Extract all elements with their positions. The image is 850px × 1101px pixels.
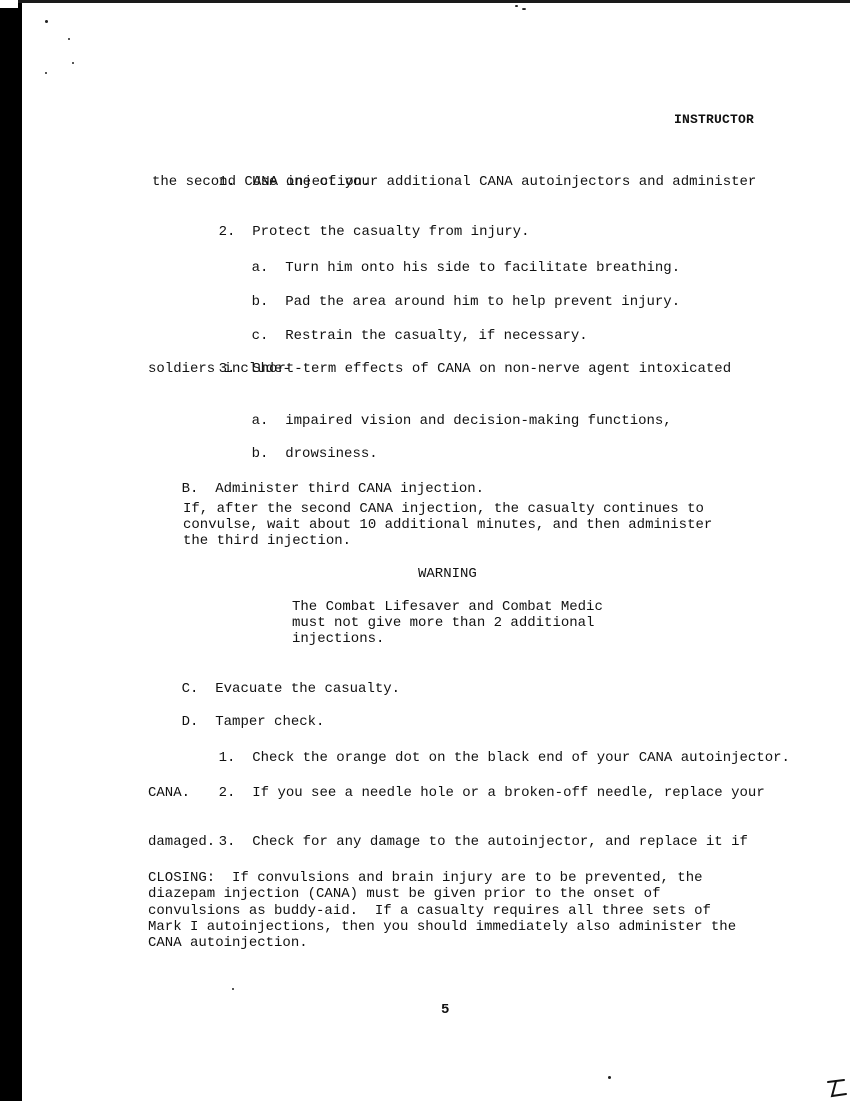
section-c-letter: C. bbox=[182, 681, 199, 697]
warning-line2: must not give more than 2 additional bbox=[292, 616, 594, 631]
step-3b-letter: b. bbox=[252, 446, 269, 462]
tamper-item-2: 2. If you see a needle hole or a broken-… bbox=[185, 771, 765, 816]
section-b-title: Administer third CANA injection. bbox=[215, 481, 484, 497]
step-3-continuation: soldiers include- bbox=[148, 362, 291, 377]
closing-line2: diazepam injection (CANA) must be given … bbox=[148, 887, 660, 902]
tamper-item-3: 3. Check for any damage to the autoinjec… bbox=[185, 820, 748, 865]
section-b-paragraph-line3: the third injection. bbox=[183, 534, 351, 549]
step-2-number: 2. bbox=[219, 224, 236, 240]
step-2a-text: Turn him onto his side to facilitate bre… bbox=[285, 260, 680, 276]
section-b-paragraph-line1: If, after the second CANA injection, the… bbox=[183, 502, 704, 517]
step-3a-text: impaired vision and decision-making func… bbox=[285, 413, 671, 429]
step-3-text-line1: Short-term effects of CANA on non-nerve … bbox=[252, 361, 731, 377]
step-1-continuation: the second CANA injection. bbox=[152, 175, 370, 190]
scan-speck bbox=[515, 5, 518, 7]
scan-speck bbox=[522, 8, 526, 10]
section-d-letter: D. bbox=[182, 714, 199, 730]
warning-title: WARNING bbox=[418, 567, 477, 582]
tamper-item-1-text: Check the orange dot on the black end of… bbox=[252, 750, 790, 766]
closing-line3: convulsions as buddy-aid. If a casualty … bbox=[148, 904, 711, 919]
closing-line4: Mark I autoinjections, then you should i… bbox=[148, 920, 736, 935]
document-page: INSTRUCTOR 1. Use one of your additional… bbox=[0, 0, 850, 1101]
tamper-item-3-text: Check for any damage to the autoinjector… bbox=[252, 834, 748, 850]
step-2b-text: Pad the area around him to help prevent … bbox=[285, 294, 680, 310]
scan-speck bbox=[45, 72, 47, 74]
section-b-letter: B. bbox=[182, 481, 199, 497]
scan-speck bbox=[45, 20, 48, 23]
closing-line1: CLOSING: If convulsions and brain injury… bbox=[148, 871, 703, 886]
step-2b-letter: b. bbox=[252, 294, 269, 310]
tamper-item-1-number: 1. bbox=[219, 750, 236, 766]
tamper-item-3-number: 3. bbox=[219, 834, 236, 850]
tamper-item-2-text: If you see a needle hole or a broken-off… bbox=[252, 785, 764, 801]
step-2c-text: Restrain the casualty, if necessary. bbox=[285, 328, 587, 344]
warning-line3: injections. bbox=[292, 632, 384, 647]
document-header-instructor: INSTRUCTOR bbox=[674, 112, 754, 127]
tamper-item-2-number: 2. bbox=[219, 785, 236, 801]
step-3a-letter: a. bbox=[252, 413, 269, 429]
section-c-title: Evacuate the casualty. bbox=[215, 681, 400, 697]
step-2c-letter: c. bbox=[252, 328, 269, 344]
scan-speck bbox=[608, 1076, 611, 1079]
scan-top-border bbox=[0, 0, 850, 3]
section-d-title: Tamper check. bbox=[215, 714, 324, 730]
scan-speck bbox=[232, 988, 234, 990]
tamper-item-3-continuation: damaged. bbox=[148, 835, 215, 850]
scan-speck bbox=[68, 38, 70, 40]
page-number: 5 bbox=[441, 1002, 449, 1018]
step-3b-text: drowsiness. bbox=[285, 446, 377, 462]
scan-speck bbox=[72, 62, 74, 64]
step-2-text: Protect the casualty from injury. bbox=[252, 224, 529, 240]
handwritten-mark-icon bbox=[826, 1078, 848, 1100]
closing-line5: CANA autoinjection. bbox=[148, 936, 308, 951]
section-b-paragraph-line2: convulse, wait about 10 additional minut… bbox=[183, 518, 712, 533]
step-2a-letter: a. bbox=[252, 260, 269, 276]
tamper-item-2-continuation: CANA. bbox=[148, 786, 190, 801]
scan-left-border bbox=[0, 0, 22, 1101]
warning-line1: The Combat Lifesaver and Combat Medic bbox=[292, 600, 603, 615]
scan-corner-artifact bbox=[0, 0, 18, 8]
